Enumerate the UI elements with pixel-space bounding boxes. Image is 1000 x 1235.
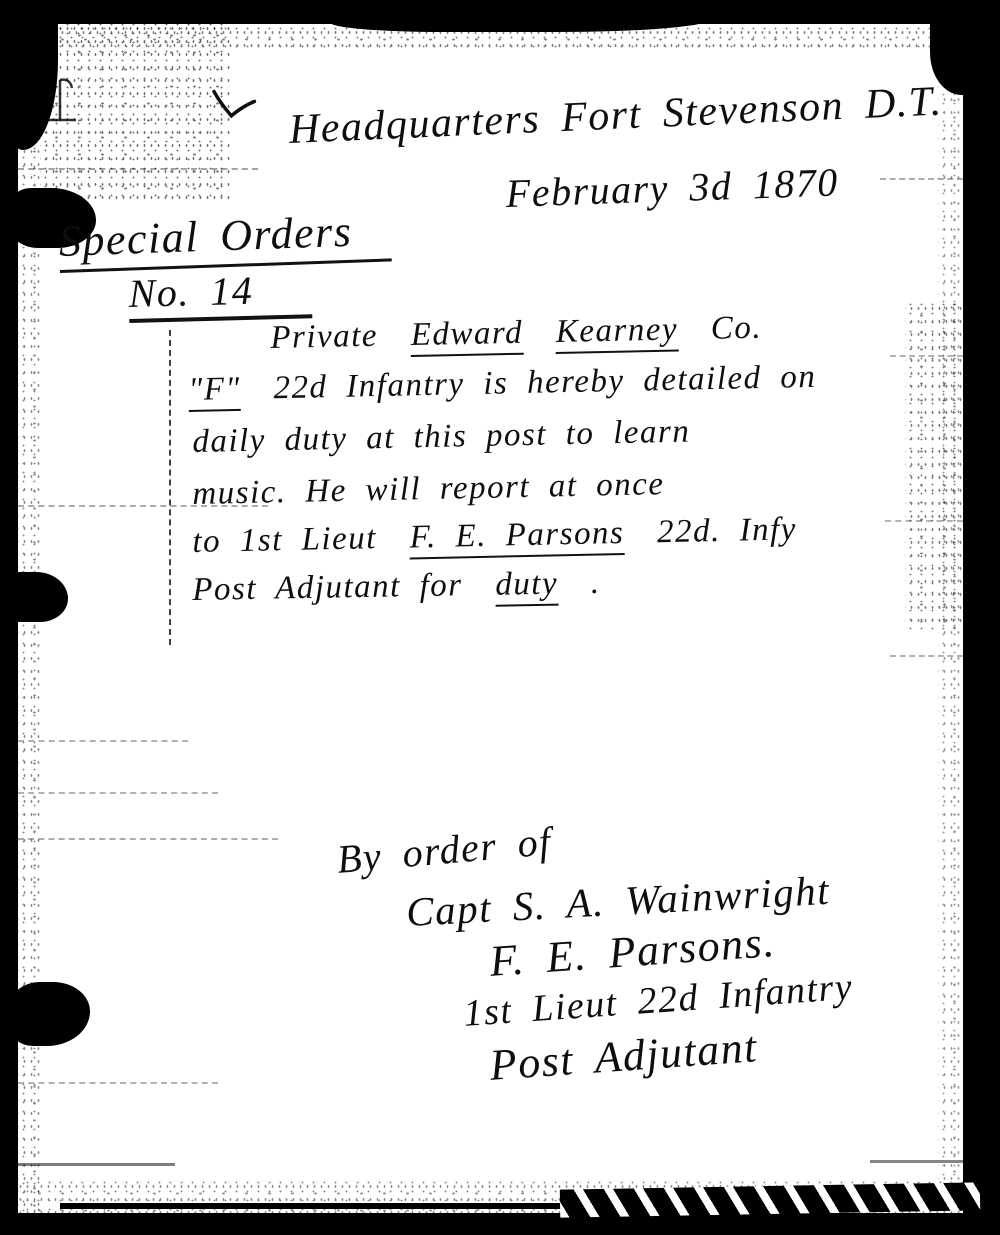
ink-blot: [10, 982, 90, 1046]
body-line-3: daily duty at this post to learn: [192, 414, 691, 461]
margin-line: [169, 330, 171, 645]
body-line-6: Post Adjutant for duty .: [192, 565, 601, 612]
ledger-rule: [18, 1082, 218, 1084]
underlined-name: Kearney: [555, 311, 678, 354]
by-order-line: By order of: [335, 817, 553, 883]
body-text: Co.: [710, 310, 762, 348]
body-text: to 1st Lieut: [192, 520, 377, 561]
scan-border-bottom: [0, 1213, 1000, 1235]
body-line-5: to 1st Lieut F. E. Parsons 22d. Infy: [192, 511, 797, 564]
body-line-4: music. He will report at once: [192, 466, 665, 513]
body-text: Private: [270, 318, 378, 357]
body-text: 22d. Infy: [657, 511, 798, 551]
body-text: .: [591, 565, 601, 602]
scan-border-right: [963, 0, 1000, 1235]
ledger-rule: [870, 1160, 963, 1163]
scanned-document-page: Headquarters Fort Stevenson D.T. Februar…: [0, 0, 1000, 1235]
ledger-rule: [890, 355, 963, 357]
order-title: Special Orders: [58, 204, 391, 273]
ledger-rule: [18, 168, 258, 170]
signature-title: Post Adjutant: [488, 1021, 759, 1091]
scan-noise-right-mid: [905, 300, 965, 630]
archive-mark: [40, 78, 90, 126]
underlined-name: F. E. Parsons: [409, 515, 625, 559]
ledger-rule: [18, 838, 278, 840]
date-line: February 3d 1870: [505, 158, 840, 217]
body-line-2: "F" 22d Infantry is hereby detailed on: [188, 359, 817, 412]
order-number: No. 14: [128, 265, 312, 323]
ink-blot: [8, 572, 68, 622]
body-line-1: Private Edward Kearney Co.: [270, 310, 762, 360]
underlined-word: duty: [495, 566, 559, 607]
underlined-company-letter: "F": [188, 371, 241, 412]
checkmark-icon: [209, 88, 259, 125]
ledger-rule: [15, 1163, 175, 1166]
underlined-name: Edward: [410, 315, 523, 357]
ledger-rule: [18, 740, 188, 742]
heading-line: Headquarters Fort Stevenson D.T.: [288, 77, 943, 153]
ledger-rule: [18, 792, 218, 794]
ledger-rule: [890, 655, 963, 657]
ledger-rule: [880, 178, 963, 180]
scan-border-top-bump: [330, 0, 710, 32]
body-text: 22d Infantry is hereby detailed on: [273, 359, 817, 407]
ledger-rule: [885, 520, 963, 522]
body-text: Post Adjutant for: [192, 567, 463, 609]
